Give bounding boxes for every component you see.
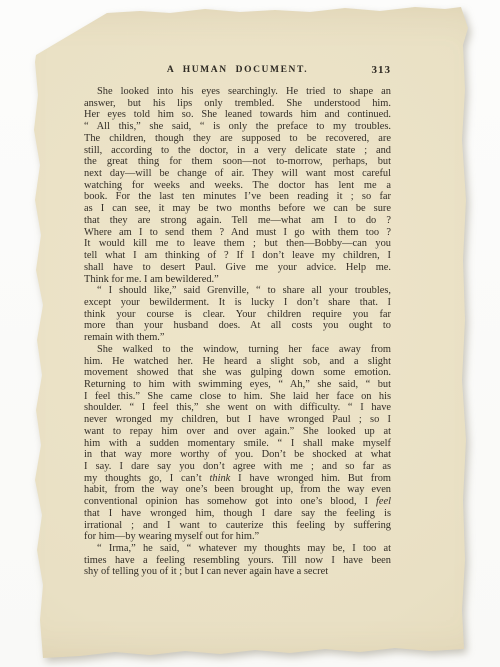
- text-line: answer, but his lips only trembled. She …: [84, 98, 391, 110]
- page-shadow: A HUMAN DOCUMENT. 313 She looked into hi…: [0, 0, 500, 667]
- text-line: still, according to the doctor, in a ver…: [84, 145, 391, 157]
- text-line: It would kill me to leave them ; but the…: [84, 238, 391, 250]
- text-line: Where am I to send them ? And must I go …: [84, 227, 391, 239]
- text-line: tell what I am thinking of ? If I don’t …: [84, 250, 391, 262]
- text-line: the great thing for them soon—not to-mor…: [84, 156, 391, 168]
- text-line: movement showed that she was gulping dow…: [84, 367, 391, 379]
- paragraph: She looked into his eyes searchingly. He…: [84, 86, 391, 285]
- text-line: as I can see, it may be two months befor…: [84, 203, 391, 215]
- text-line: him with a sudden momentary smile. “ I s…: [84, 438, 391, 450]
- text-line: “ All this,” she said, “ is only the pre…: [84, 121, 391, 133]
- text-line: remain with them.”: [84, 332, 391, 344]
- text-line: habit, from the way one’s been brought u…: [84, 484, 391, 496]
- text-line: want to repay him over and over again.” …: [84, 426, 391, 438]
- text-line: that they are strong again. Tell me—what…: [84, 215, 391, 227]
- text-line: She walked to the window, turning her fa…: [84, 344, 391, 356]
- text-line: conventional opinion has somehow got int…: [84, 496, 391, 508]
- book-page: A HUMAN DOCUMENT. 313 She looked into hi…: [0, 0, 500, 667]
- text-line: watching for weeks and weeks. The doctor…: [84, 180, 391, 192]
- text-line: never wronged my children, but I have wr…: [84, 414, 391, 426]
- text-line: shy of telling you of it ; but I can nev…: [84, 566, 391, 578]
- text-line: more than your husband does. At all cost…: [84, 320, 391, 332]
- page-body: She looked into his eyes searchingly. He…: [84, 86, 391, 578]
- page-number: 313: [372, 64, 392, 76]
- scanned-page-photo: A HUMAN DOCUMENT. 313 She looked into hi…: [0, 0, 500, 667]
- text-line: irrational ; and I want to cauterize thi…: [84, 520, 391, 532]
- text-line: except your bewilderment. It is lucky I …: [84, 297, 391, 309]
- paragraph: She walked to the window, turning her fa…: [84, 344, 391, 543]
- text-line: “ I should like,” said Grenville, “ to s…: [84, 285, 391, 297]
- text-line: Returning to him with swimming eyes, “ A…: [84, 379, 391, 391]
- text-line: The children, though they are supposed t…: [84, 133, 391, 145]
- text-line: I feel this.” She came close to him. She…: [84, 391, 391, 403]
- text-line: shoulder. “ I feel this,” she went on wi…: [84, 402, 391, 414]
- text-line: think your course is clear. Your childre…: [84, 309, 391, 321]
- text-line: that I have wronged him, though I dare s…: [84, 508, 391, 520]
- text-line: Her eyes told him so. She leaned towards…: [84, 109, 391, 121]
- text-line: book. For the last ten minutes I’ve been…: [84, 191, 391, 203]
- text-line: “ Irma,” he said, “ whatever my thoughts…: [84, 543, 391, 555]
- text-line: times have a feeling resembling yours. T…: [84, 555, 391, 567]
- paragraph: “ Irma,” he said, “ whatever my thoughts…: [84, 543, 391, 578]
- page-header: A HUMAN DOCUMENT. 313: [84, 65, 391, 79]
- text-line: in that way more worthy of you. Don’t be…: [84, 449, 391, 461]
- text-line: next day—will be change of air. They wil…: [84, 168, 391, 180]
- text-line: for him—by wearing myself out for him.”: [84, 531, 391, 543]
- text-line: him. He watched her. He heard a slight s…: [84, 356, 391, 368]
- text-line: She looked into his eyes searchingly. He…: [84, 86, 391, 98]
- paragraph: “ I should like,” said Grenville, “ to s…: [84, 285, 391, 344]
- text-line: Think for me. I am bewildered.”: [84, 274, 391, 286]
- text-line: shall have to desert Paul. Give me your …: [84, 262, 391, 274]
- text-line: I say. I dare say you don’t agree with m…: [84, 461, 391, 473]
- text-line: my thoughts go, I can’t think I have wro…: [84, 473, 391, 485]
- running-title: A HUMAN DOCUMENT.: [84, 65, 391, 75]
